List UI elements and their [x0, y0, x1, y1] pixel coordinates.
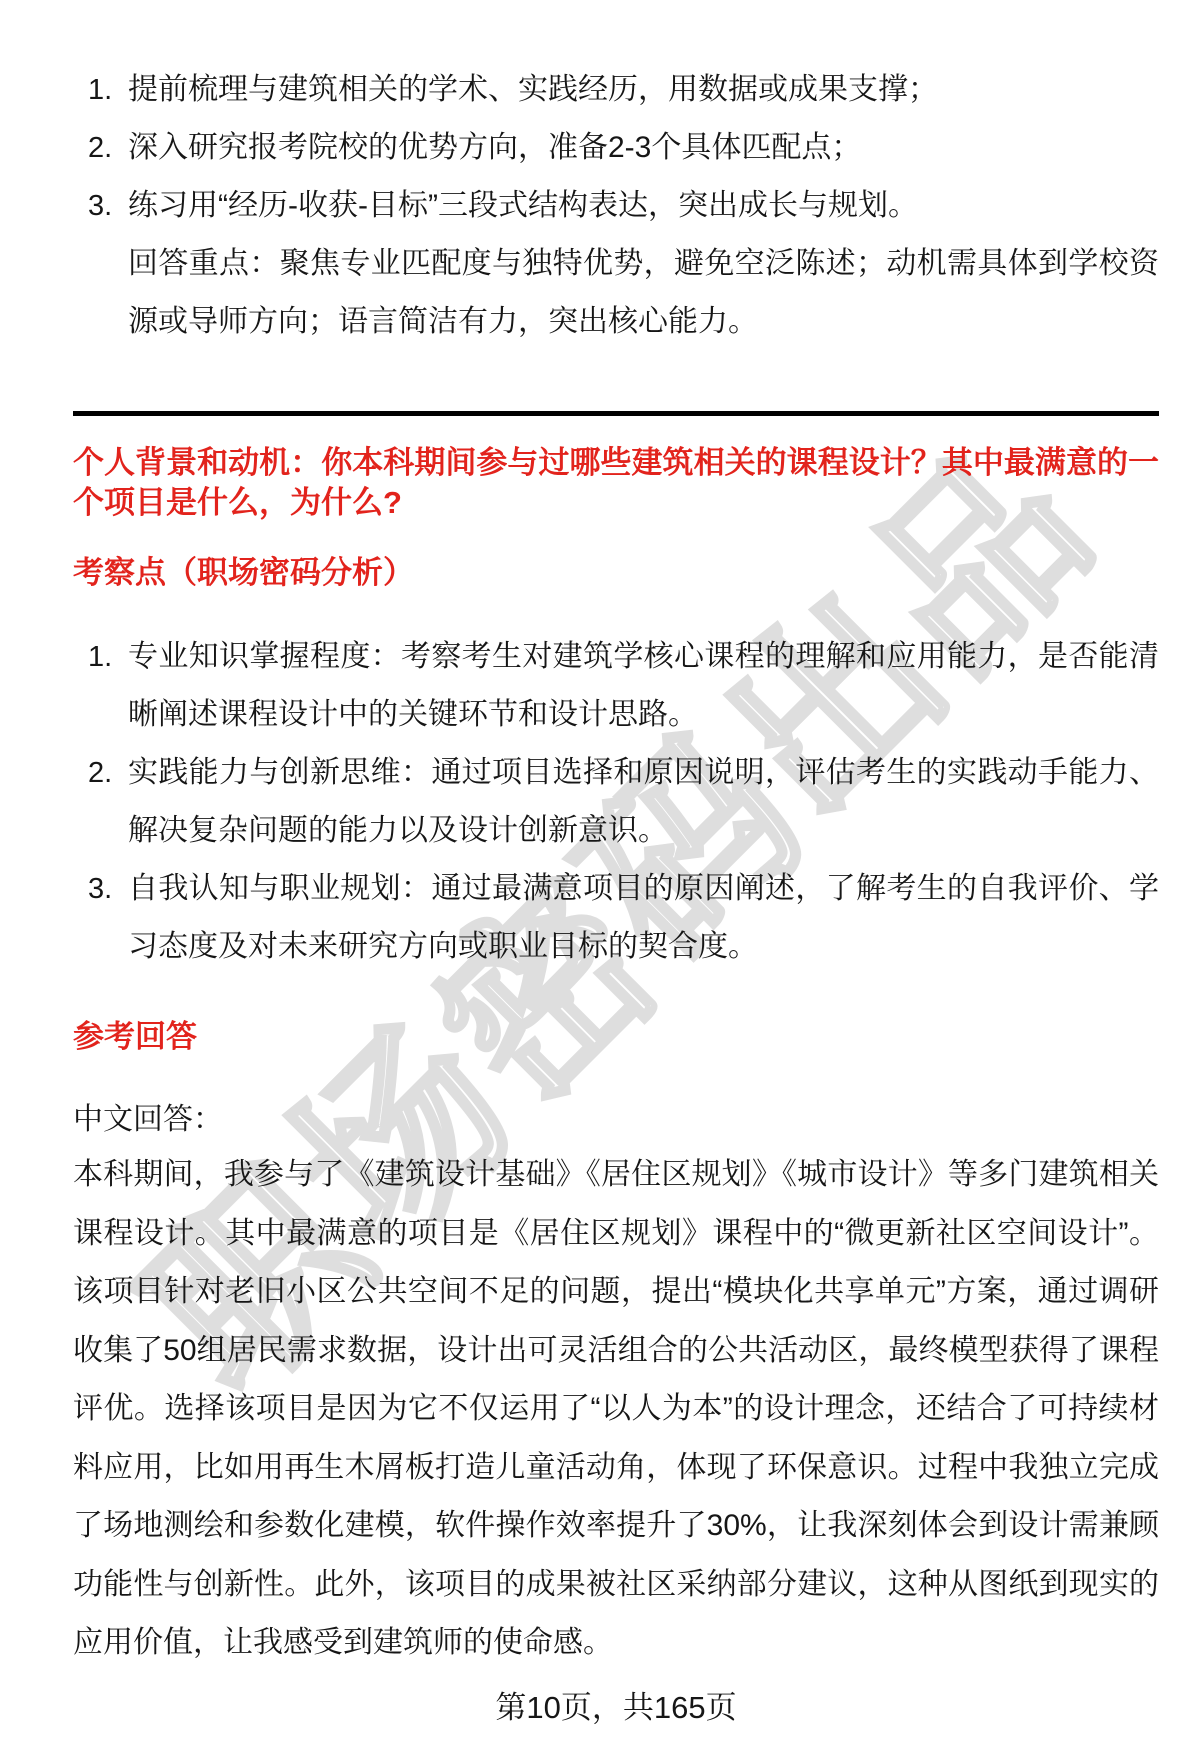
list-item-text: 专业知识掌握程度：考察考生对建筑学核心课程的理解和应用能力，是否能清晰阐述课程设…	[128, 628, 1159, 744]
exam-point-item: 2.实践能力与创新思维：通过项目选择和原因说明，评估考生的实践动手能力、解决复杂…	[73, 744, 1159, 860]
document-page: 职场密码出品 1.提前梳理与建筑相关的学术、实践经历，用数据或成果支撑；2.深入…	[0, 0, 1200, 1755]
list-item-text: 练习用“经历-收获-目标”三段式结构表达，突出成长与规划。	[128, 177, 1159, 235]
reference-answer-heading: 参考回答	[73, 1017, 1159, 1057]
question-title: 个人背景和动机：你本科期间参与过哪些建筑相关的课程设计？其中最满意的一个项目是什…	[73, 443, 1159, 523]
list-item-number: 2.	[73, 744, 128, 802]
answer-paragraph: 本科期间，我参与了《建筑设计基础》《居住区规划》《城市设计》等多门建筑相关课程设…	[73, 1146, 1159, 1673]
answer-focus-note: 回答重点：聚焦专业匹配度与独特优势，避免空泛陈述；动机需具体到学校资源或导师方向…	[73, 235, 1159, 351]
list-item-number: 1.	[73, 61, 128, 119]
page-number-indicator: 第10页，共165页	[73, 1688, 1159, 1728]
list-item-text: 自我认知与职业规划：通过最满意项目的原因阐述，了解考生的自我评价、学习态度及对未…	[128, 860, 1159, 976]
intro-advice-item: 3.练习用“经历-收获-目标”三段式结构表达，突出成长与规划。	[73, 177, 1159, 235]
answer-language-label: 中文回答：	[73, 1091, 1159, 1149]
list-item-number: 3.	[73, 177, 128, 235]
list-item-number: 2.	[73, 119, 128, 177]
list-item-text: 深入研究报考院校的优势方向，准备2-3个具体匹配点；	[128, 119, 1159, 177]
list-item-text: 实践能力与创新思维：通过项目选择和原因说明，评估考生的实践动手能力、解决复杂问题…	[128, 744, 1159, 860]
section-divider	[73, 411, 1159, 416]
list-item-number: 1.	[73, 628, 128, 686]
intro-advice-item: 1.提前梳理与建筑相关的学术、实践经历，用数据或成果支撑；	[73, 61, 1159, 119]
exam-points-list: 1.专业知识掌握程度：考察考生对建筑学核心课程的理解和应用能力，是否能清晰阐述课…	[73, 628, 1159, 976]
exam-point-item: 3.自我认知与职业规划：通过最满意项目的原因阐述，了解考生的自我评价、学习态度及…	[73, 860, 1159, 976]
intro-advice-item: 2.深入研究报考院校的优势方向，准备2-3个具体匹配点；	[73, 119, 1159, 177]
intro-advice-list: 1.提前梳理与建筑相关的学术、实践经历，用数据或成果支撑；2.深入研究报考院校的…	[73, 61, 1159, 235]
exam-points-section: 1.专业知识掌握程度：考察考生对建筑学核心课程的理解和应用能力，是否能清晰阐述课…	[73, 628, 1159, 976]
list-item-number: 3.	[73, 860, 128, 918]
list-item-text: 提前梳理与建筑相关的学术、实践经历，用数据或成果支撑；	[128, 61, 1159, 119]
intro-advice-section: 1.提前梳理与建筑相关的学术、实践经历，用数据或成果支撑；2.深入研究报考院校的…	[73, 61, 1159, 351]
exam-point-item: 1.专业知识掌握程度：考察考生对建筑学核心课程的理解和应用能力，是否能清晰阐述课…	[73, 628, 1159, 744]
exam-points-heading: 考察点（职场密码分析）	[73, 553, 1159, 593]
